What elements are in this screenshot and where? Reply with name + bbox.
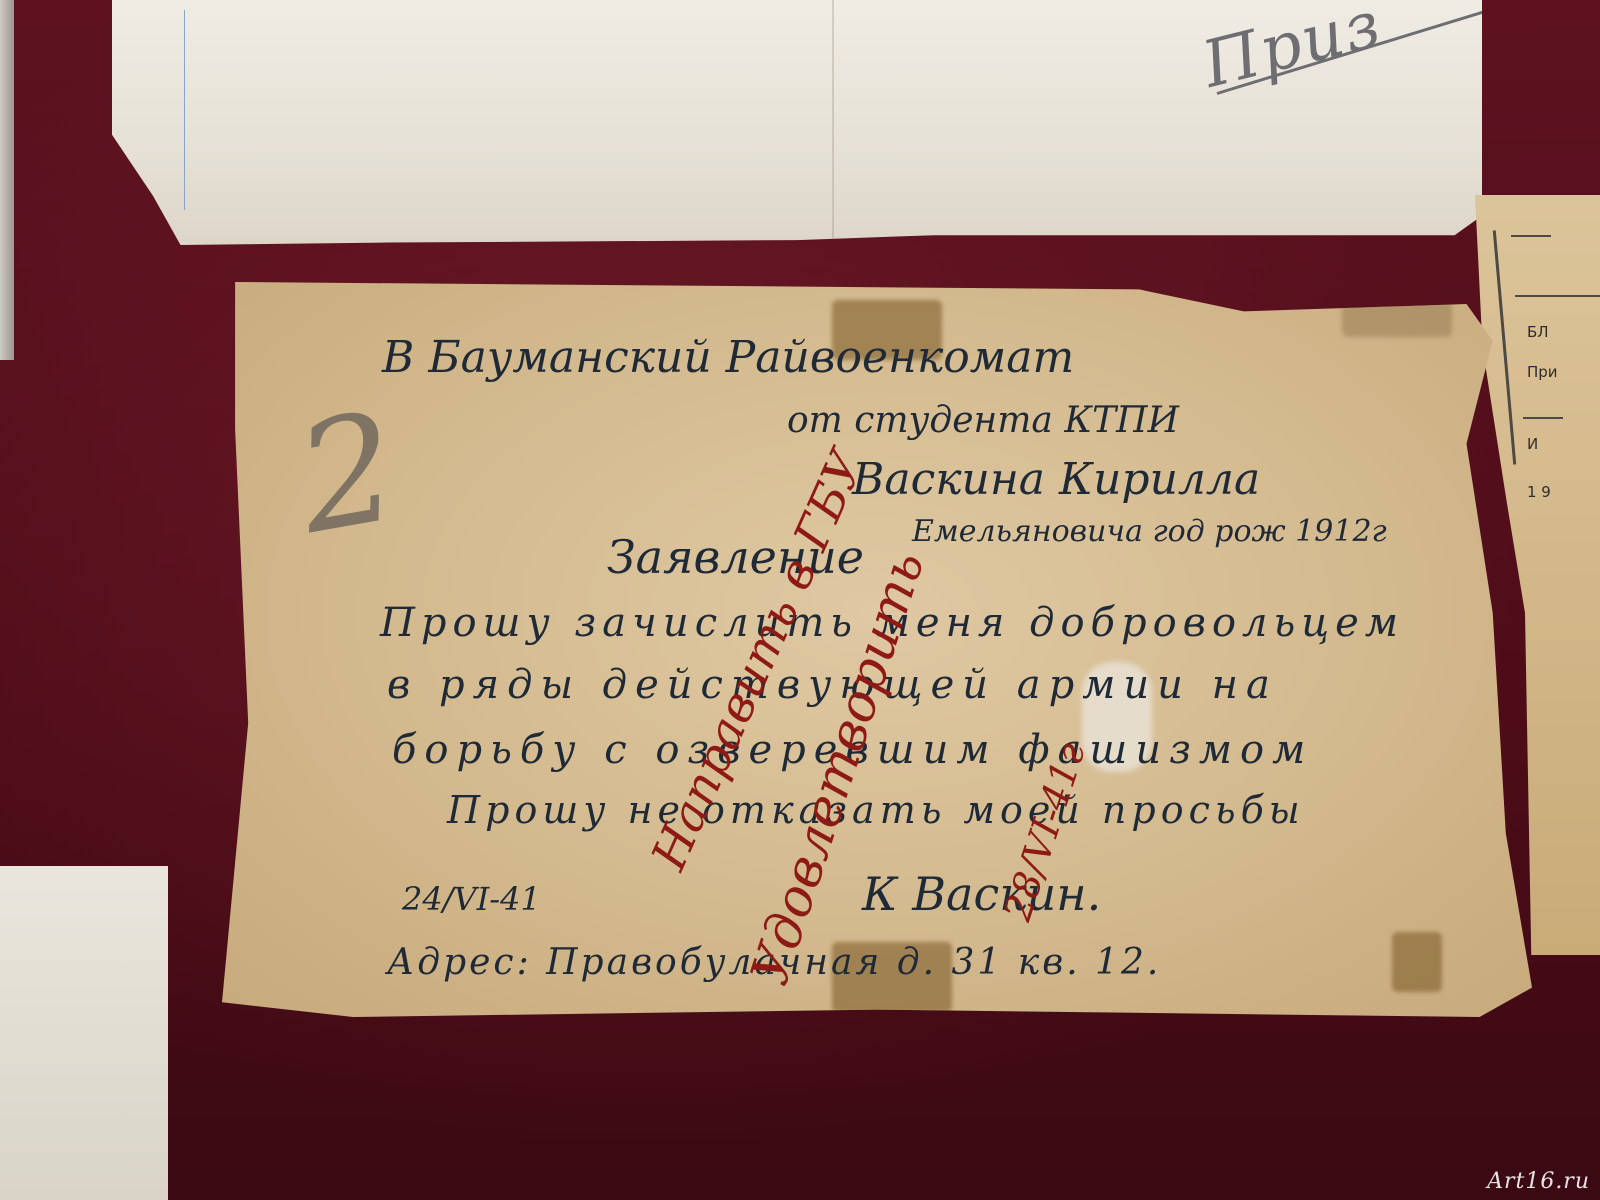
stain [1392,932,1442,992]
pencil-note: Приз [1196,0,1389,103]
form-fragment-text: При [1527,363,1558,381]
signature: К Васкин. [862,867,1101,921]
addressee-line: В Бауманский Райвоенкомат [382,332,1074,383]
form-fragment-text: 1 9 [1527,483,1551,501]
form-fragment-text: БЛ [1527,323,1549,341]
form-rule [1515,295,1600,297]
form-rule [1523,417,1563,419]
display-case-frame [0,0,14,360]
paper-fold [832,0,834,245]
left-card [0,866,168,1200]
form-fragment-text: И [1527,435,1538,453]
form-rule [1493,230,1516,464]
watermark: Art16.ru [1487,1169,1590,1194]
margin-line [184,10,185,210]
date: 24/VI-41 [402,880,541,918]
patronymic-line: Емельяновича год рож 1912г [912,514,1387,549]
form-rule [1511,235,1551,237]
body-line: Прошу не отказать моей просьбы [447,788,1305,832]
stain [1342,302,1452,337]
top-paper-sheet: Приз [112,0,1482,245]
name-line: Васкина Кирилла [852,454,1260,505]
from-line: от студента КТПИ [787,400,1179,441]
pencil-number: 2 [286,380,410,568]
application-letter: 2 В Бауманский Райвоенкомат от студента … [222,282,1532,1017]
